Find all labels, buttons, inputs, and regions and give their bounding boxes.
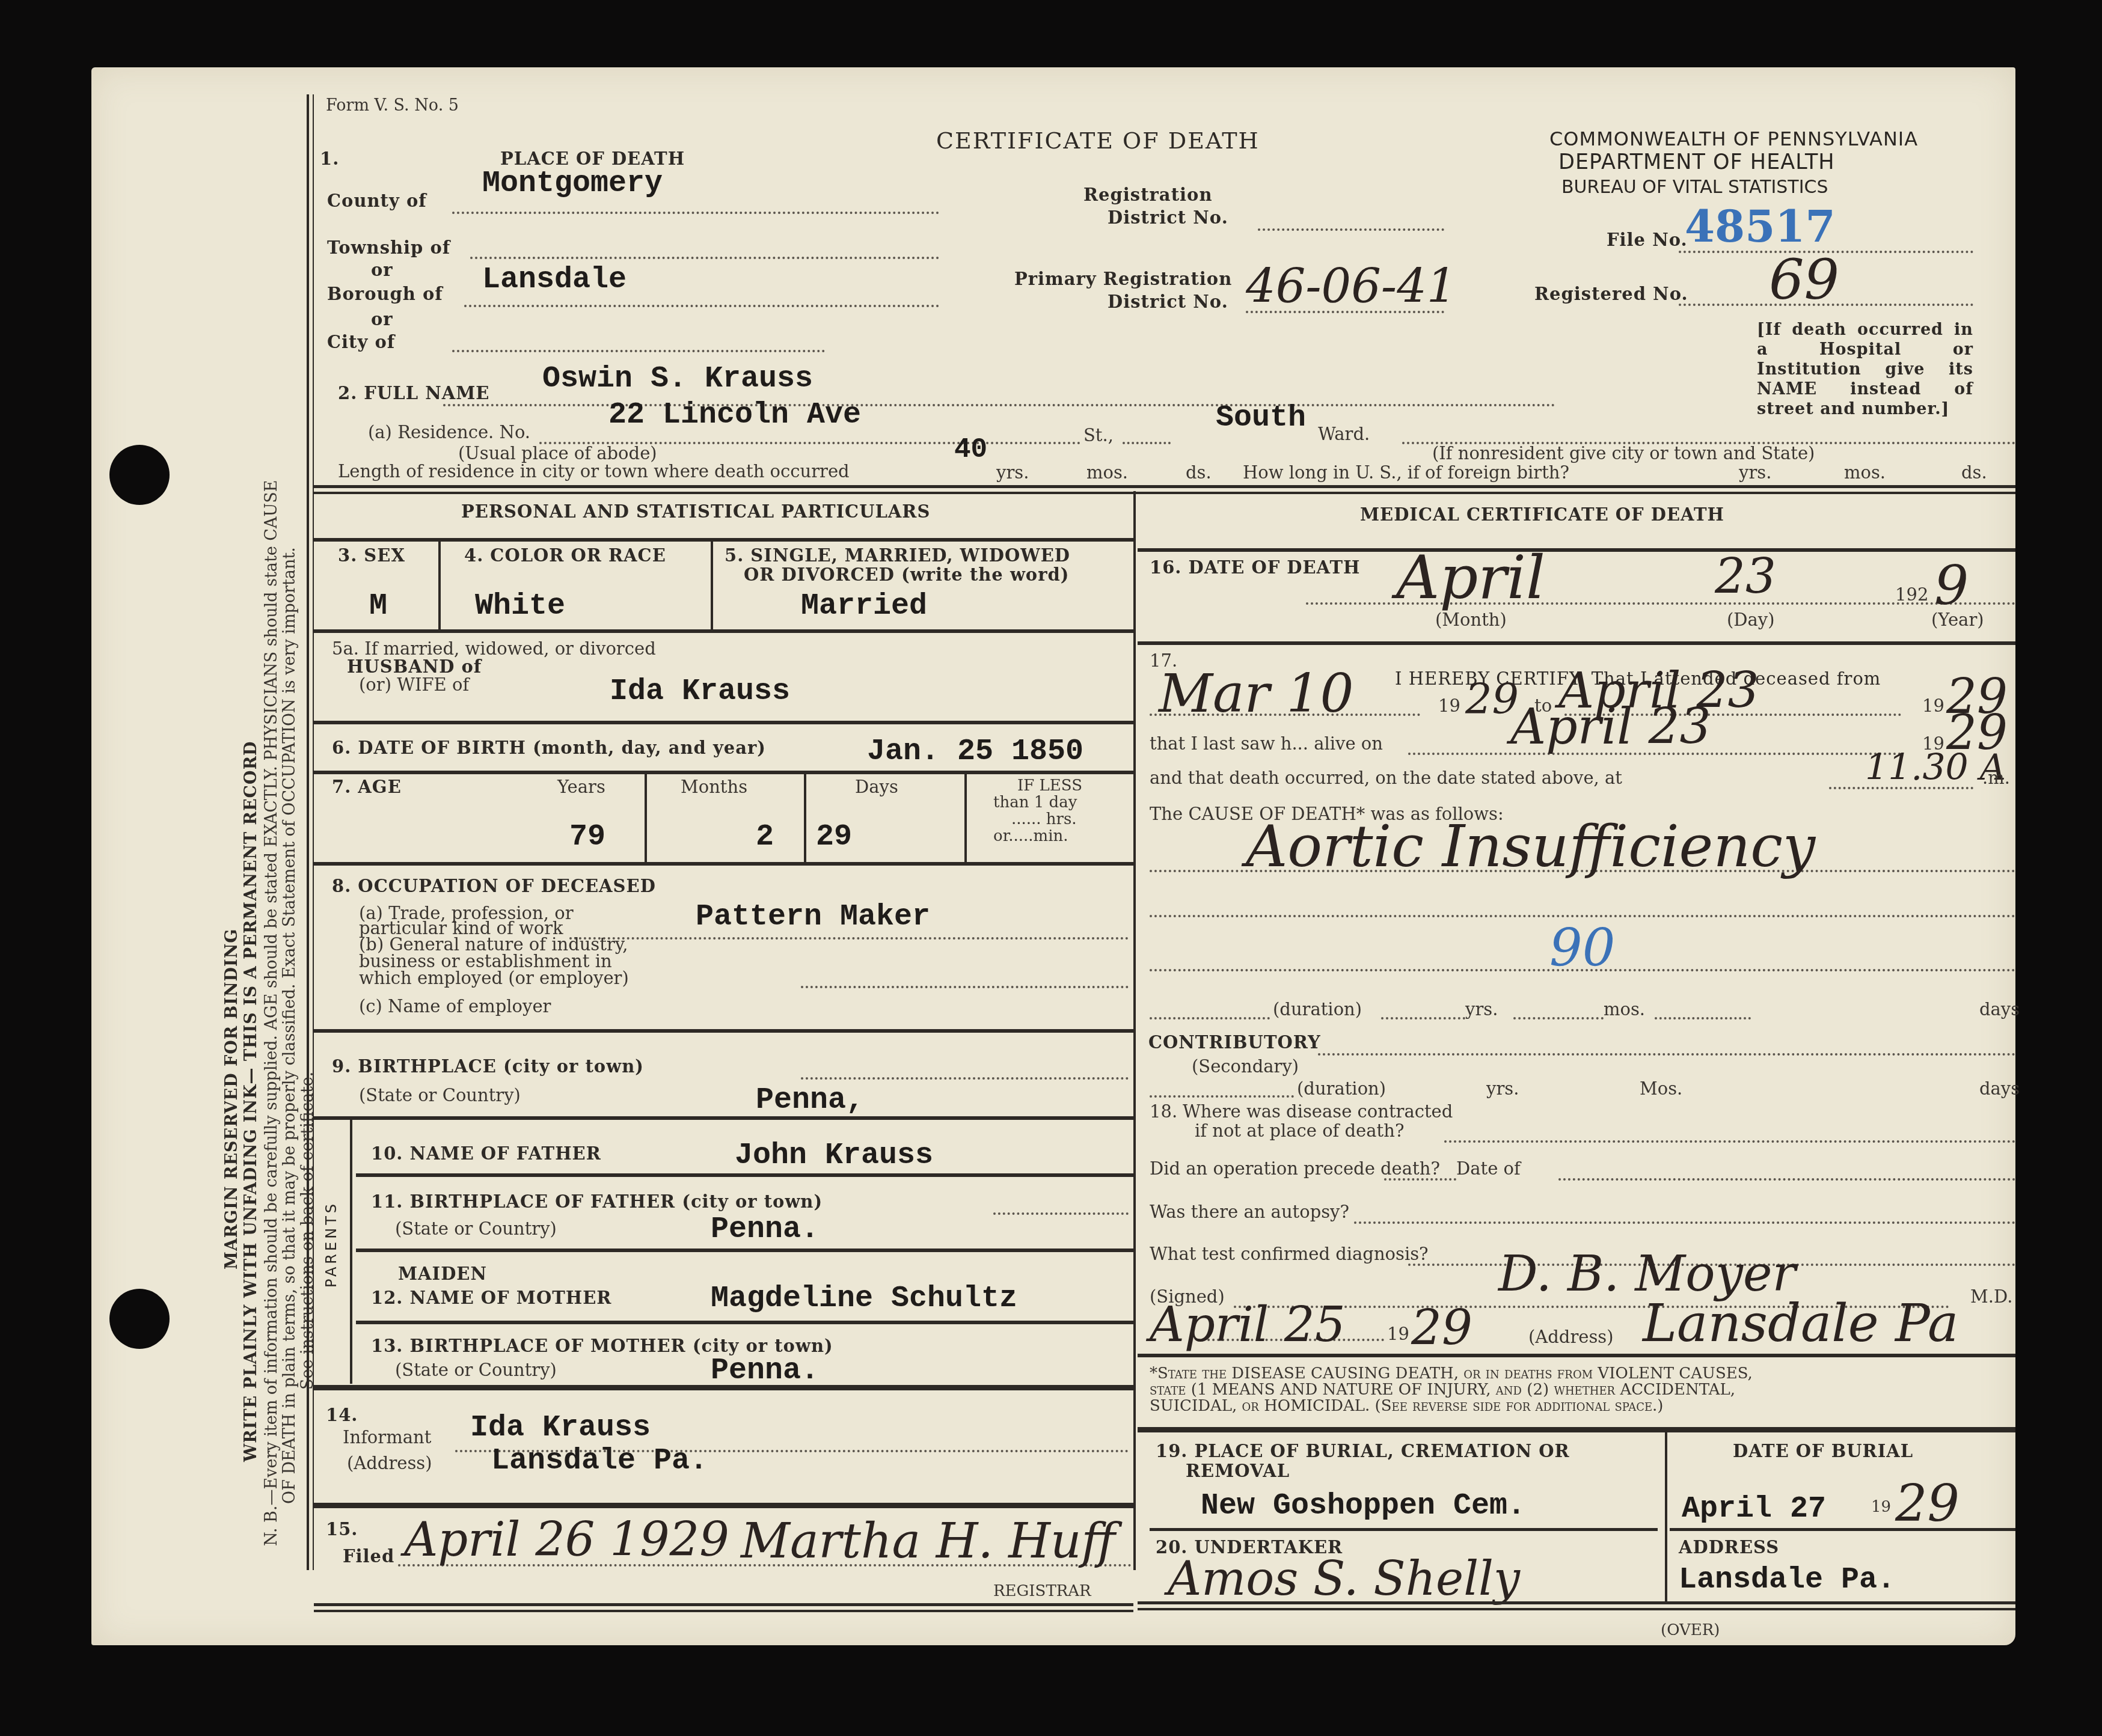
mother-birthplace-label: 13. BIRTHPLACE OF MOTHER (city or town) xyxy=(371,1336,833,1356)
header-divider xyxy=(314,485,2015,494)
street-label: St., xyxy=(1083,425,1114,445)
ward-label: Ward. xyxy=(1318,424,1370,444)
usual-abode-label: (Usual place of abode) xyxy=(458,443,657,463)
marital-label: 5. SINGLE, MARRIED, WIDOWED xyxy=(725,545,1070,566)
burial-place-label: 19. PLACE OF BURIAL, CREMATION OR xyxy=(1156,1441,1570,1461)
birthplace-state-label: (State or Country) xyxy=(359,1085,521,1105)
undertaker-signature[interactable]: Amos S. Shelly xyxy=(1168,1552,1520,1606)
industry-field[interactable] xyxy=(801,986,1129,988)
autopsy-label: Was there an autopsy? xyxy=(1150,1202,1349,1222)
residence-label: (a) Residence. No. xyxy=(368,422,530,442)
foreign-mos-label: mos. xyxy=(1844,462,1886,483)
county-field[interactable]: Montgomery xyxy=(482,167,663,201)
secondary-label: (Secondary) xyxy=(1192,1056,1299,1077)
father-name-field[interactable]: John Krauss xyxy=(735,1138,933,1173)
duration-2-label: (duration) xyxy=(1297,1078,1386,1099)
last-saw-label: that I last saw h... alive on xyxy=(1150,733,1383,754)
death-time-label: and that death occurred, on the date sta… xyxy=(1150,768,1622,788)
foreign-ds-label: ds. xyxy=(1961,462,1987,483)
registrar-signature[interactable]: Martha H. Huff xyxy=(741,1513,1115,1569)
footnote-line-2: state (1 MEANS AND NATURE OF INJURY, and… xyxy=(1150,1381,1735,1399)
maiden-label: MAIDEN xyxy=(398,1264,487,1284)
date-of-death-year-field[interactable]: 9 xyxy=(1934,554,1969,617)
margin-nb-note: N. B.—Every item of information should b… xyxy=(262,480,281,1546)
md-label: M.D. xyxy=(1970,1286,2012,1307)
spouse-label-1: 5a. If married, widowed, or divorced xyxy=(332,638,656,659)
filed-label: Filed xyxy=(343,1546,394,1566)
personal-heading: PERSONAL AND STATISTICAL PARTICULARS xyxy=(461,501,930,522)
attended-from-field[interactable]: Mar 10 xyxy=(1159,662,1354,724)
birthplace-label: 9. BIRTHPLACE (city or town) xyxy=(332,1056,644,1077)
primary-district-field[interactable]: 46-06-41 xyxy=(1246,260,1456,314)
mother-name-label: 12. NAME OF MOTHER xyxy=(371,1288,611,1308)
agency-department: DEPARTMENT OF HEALTH xyxy=(1558,150,1835,174)
cause-of-death-field[interactable]: Aortic Insufficiency xyxy=(1246,813,1815,880)
registrar-label: REGISTRAR xyxy=(993,1582,1091,1600)
month-caption: (Month) xyxy=(1435,610,1507,630)
age-days-field[interactable]: 29 xyxy=(816,820,852,854)
duration-2-mos-label: Mos. xyxy=(1640,1078,1682,1099)
binder-hole-bottom xyxy=(109,1289,170,1349)
informant-number: 14. xyxy=(326,1405,358,1425)
undertaker-address-field[interactable]: Lansdale Pa. xyxy=(1679,1563,1895,1597)
length-mos-label: mos. xyxy=(1086,462,1128,483)
death-time-m-label: .m. xyxy=(1982,768,2010,788)
column-divider xyxy=(1133,491,1136,1570)
margin-rule-inner xyxy=(313,94,314,1570)
length-residence-years[interactable]: 40 xyxy=(954,434,987,465)
duration-2-yrs-label: yrs. xyxy=(1486,1078,1519,1099)
less-than-day-label-1: IF LESS xyxy=(1017,777,1082,795)
signed-date-field[interactable]: April 25 xyxy=(1150,1297,1346,1352)
marital-field[interactable]: Married xyxy=(801,589,927,623)
birthplace-field[interactable]: Penna, xyxy=(756,1083,864,1117)
burial-date-label: DATE OF BURIAL xyxy=(1733,1441,1913,1461)
occupation-label: 8. OCCUPATION OF DECEASED xyxy=(332,876,656,896)
spouse-label-2: HUSBAND of xyxy=(347,656,482,677)
registered-no-field[interactable]: 69 xyxy=(1769,248,1839,312)
dob-field[interactable]: Jan. 25 1850 xyxy=(867,735,1083,769)
date-of-death-day-field[interactable]: 23 xyxy=(1715,548,1776,604)
informant-address-field[interactable]: Lansdale Pa. xyxy=(491,1444,708,1478)
last-saw-field[interactable]: April 23 xyxy=(1510,698,1711,756)
informant-label: Informant xyxy=(343,1427,431,1447)
duration-days-label: days xyxy=(1979,999,2020,1019)
county-label: County of xyxy=(327,191,427,211)
burial-year-field[interactable]: 29 xyxy=(1895,1474,1960,1533)
place-of-death-heading: PLACE OF DEATH xyxy=(500,148,685,169)
age-years-field[interactable]: 79 xyxy=(569,820,605,854)
q18-number: 18. xyxy=(1150,1101,1177,1122)
dob-label: 6. DATE OF BIRTH (month, day, and year) xyxy=(332,738,766,758)
undertaker-address-label: ADDRESS xyxy=(1679,1537,1779,1557)
file-no-field[interactable]: 48517 xyxy=(1685,201,1836,252)
agency-bureau: BUREAU OF VITAL STATISTICS xyxy=(1561,177,1828,198)
mother-name-field[interactable]: Magdeline Schultz xyxy=(711,1282,1017,1316)
q18-line-2: if not at place of death? xyxy=(1195,1120,1404,1141)
less-than-day-min: or.....min. xyxy=(993,827,1068,845)
foreign-birth-label: How long in U. S., if of foreign birth? xyxy=(1243,462,1569,483)
duration-yrs-label: yrs. xyxy=(1465,999,1498,1019)
district-label: District No. xyxy=(1108,207,1228,228)
less-than-day-hrs: ...... hrs. xyxy=(1011,810,1077,828)
over-label: (OVER) xyxy=(1661,1621,1720,1639)
death-certificate-page: MARGIN RESERVED FOR BINDING WRITE PLAINL… xyxy=(91,67,2015,1645)
primary-registration-label: Primary Registration xyxy=(1014,269,1232,289)
form-number: Form V. S. No. 5 xyxy=(326,96,459,115)
less-than-day-label-2: than 1 day xyxy=(993,793,1077,811)
spouse-field[interactable]: Ida Krauss xyxy=(610,674,790,709)
test-label: What test confirmed diagnosis? xyxy=(1150,1244,1429,1264)
mother-birthplace-field[interactable]: Penna. xyxy=(711,1354,819,1388)
signed-address-field[interactable]: Lansdale Pa xyxy=(1643,1294,1958,1354)
informant-address-label: (Address) xyxy=(347,1453,432,1473)
occupation-trade-field[interactable]: Pattern Maker xyxy=(696,900,930,934)
signed-address-label: (Address) xyxy=(1528,1327,1614,1347)
burial-place-field[interactable]: New Goshoppen Cem. xyxy=(1201,1489,1525,1523)
sex-field[interactable]: M xyxy=(369,589,387,623)
margin-cause-note: OF DEATH in plain terms, so that it may … xyxy=(280,547,299,1504)
father-birthplace-label: 11. BIRTHPLACE OF FATHER (city or town) xyxy=(371,1191,823,1212)
duration-mos-label: mos. xyxy=(1604,999,1645,1019)
father-birthplace-state-label: (State or Country) xyxy=(395,1218,557,1239)
signed-year-prefix: 19 xyxy=(1387,1324,1409,1344)
year-caption: (Year) xyxy=(1931,610,1984,630)
mother-birthplace-state-label: (State or Country) xyxy=(395,1360,557,1380)
or-label-1: or xyxy=(371,260,393,280)
hospital-note: [If death occurred in a Hospital or Inst… xyxy=(1757,320,1973,419)
binder-hole-top xyxy=(109,445,170,505)
date-of-death-label: 16. DATE OF DEATH xyxy=(1150,557,1361,578)
operation-label: Did an operation precede death? xyxy=(1150,1158,1440,1179)
or-label-2: or xyxy=(371,309,393,329)
date-of-death-year-prefix: 192 xyxy=(1895,584,1928,605)
nonresident-note: (If nonresident give city or town and St… xyxy=(1432,443,1815,463)
parents-label: PARENTS xyxy=(323,1201,340,1288)
file-no-label: File No. xyxy=(1607,230,1688,250)
signed-year-field[interactable]: 29 xyxy=(1411,1300,1472,1355)
filed-date-field[interactable]: April 26 1929 xyxy=(404,1513,729,1567)
filed-number: 15. xyxy=(326,1519,358,1539)
attended-from-year-prefix: 19 xyxy=(1438,695,1460,716)
length-ds-label: ds. xyxy=(1186,462,1212,483)
race-field[interactable]: White xyxy=(475,589,565,623)
residence-field[interactable]: 22 Lincoln Ave xyxy=(608,398,861,432)
day-caption: (Day) xyxy=(1727,610,1775,630)
informant-field[interactable]: Ida Krauss xyxy=(470,1411,651,1445)
burial-year-prefix: 19 xyxy=(1871,1498,1891,1516)
township-label: Township of xyxy=(327,237,450,258)
age-years-label: Years xyxy=(557,777,605,797)
attended-to-year-prefix: 19 xyxy=(1922,695,1944,716)
sex-label: 3. SEX xyxy=(338,545,405,566)
operation-date-label: Date of xyxy=(1456,1158,1521,1179)
length-residence-label: Length of residence in city or town wher… xyxy=(338,461,850,481)
age-label: 7. AGE xyxy=(332,777,402,797)
borough-field[interactable]: Lansdale xyxy=(482,263,627,297)
medical-heading: MEDICAL CERTIFICATE OF DEATH xyxy=(1360,504,1724,525)
marital-label-2: OR DIVORCED (write the word) xyxy=(744,564,1070,585)
margin-rule xyxy=(307,94,309,1570)
length-yrs-label: yrs. xyxy=(996,462,1029,483)
place-of-death-number: 1. xyxy=(320,148,339,169)
margin-binding-note: MARGIN RESERVED FOR BINDING xyxy=(222,929,241,1270)
full-name-label: 2. FULL NAME xyxy=(338,383,489,403)
full-name-field[interactable]: Oswin S. Krauss xyxy=(542,362,813,396)
registered-no-label: Registered No. xyxy=(1534,284,1688,304)
burial-place-label-2: REMOVAL xyxy=(1186,1461,1290,1481)
ward-field[interactable]: South xyxy=(1216,401,1306,435)
certificate-title: CERTIFICATE OF DEATH xyxy=(936,127,1260,154)
foreign-yrs-label: yrs. xyxy=(1739,462,1771,483)
occupation-b-label-3: which employed (or employer) xyxy=(359,968,629,988)
father-birthplace-field[interactable]: Penna. xyxy=(711,1212,819,1247)
duration-2-days-label: days xyxy=(1979,1078,2020,1099)
father-name-label: 10. NAME OF FATHER xyxy=(371,1143,601,1164)
borough-label: Borough of xyxy=(327,284,443,304)
age-days-label: Days xyxy=(855,777,898,797)
primary-district-label: District No. xyxy=(1108,292,1228,312)
race-label: 4. COLOR OR RACE xyxy=(464,545,666,566)
agency-commonwealth: COMMONWEALTH OF PENNSYLVANIA xyxy=(1549,127,1918,150)
city-label: City of xyxy=(327,332,395,352)
burial-date-field[interactable]: April 27 xyxy=(1682,1492,1826,1526)
footnote-line-1: *State the DISEASE CAUSING DEATH, or in … xyxy=(1150,1365,1753,1383)
district-field[interactable] xyxy=(1258,228,1444,231)
margin-ink-note: WRITE PLAINLY WITH UNFADING INK— THIS IS… xyxy=(242,741,260,1462)
registration-label: Registration xyxy=(1083,185,1212,205)
age-months-field[interactable]: 2 xyxy=(756,820,774,854)
q18-line-1: Where was disease contracted xyxy=(1183,1101,1453,1122)
employer-label: (c) Name of employer xyxy=(359,996,551,1016)
contributory-label: CONTRIBUTORY xyxy=(1148,1032,1321,1053)
footnote-line-3: SUICIDAL, or HOMICIDAL. (See reverse sid… xyxy=(1150,1397,1664,1415)
date-of-death-month-field[interactable]: April xyxy=(1396,542,1545,613)
spouse-label-3: (or) WIFE of xyxy=(359,674,469,695)
age-months-label: Months xyxy=(681,777,747,797)
duration-label: (duration) xyxy=(1273,999,1362,1019)
